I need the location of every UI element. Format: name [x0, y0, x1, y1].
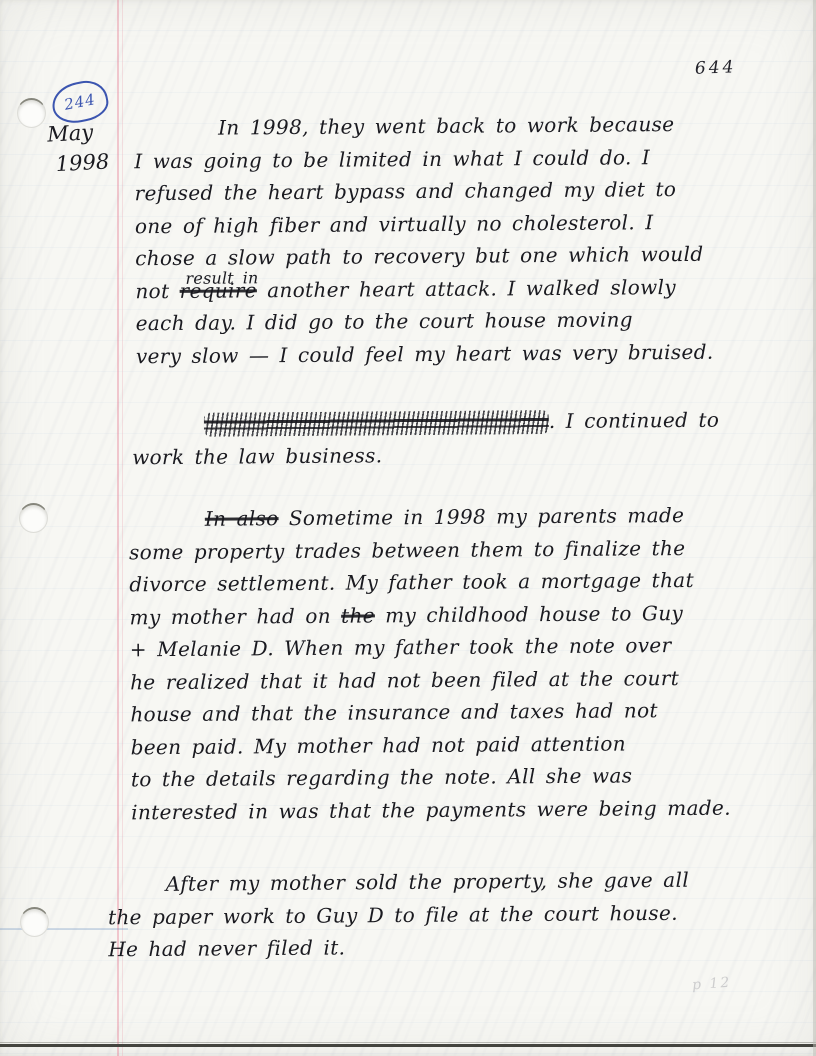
handwritten-line: In 1998, they went back to work because [134, 108, 712, 145]
text-segment: . I continued to [549, 408, 720, 433]
faint-pencil-mark: p 12 [691, 975, 731, 994]
text-segment: the paper work to Guy D to file at the c… [108, 900, 678, 928]
text-segment: interested in was that the payments were… [131, 795, 731, 824]
handwritten-line: In also Sometime in 1998 my parents made [129, 499, 729, 536]
handwritten-line: the paper work to Guy D to file at the c… [108, 896, 690, 933]
text-segment: another heart attack. I walked slowly [257, 275, 676, 302]
text-segment: one of high fiber and virtually no chole… [135, 210, 654, 238]
text-segment: to the details regarding the note. All s… [131, 763, 633, 791]
handwritten-line: house and that the insurance and taxes h… [130, 694, 730, 731]
text-segment: not [135, 278, 179, 302]
handwritten-line: some property trades between them to fin… [129, 531, 729, 568]
handwritten-line: [scribbled out – illegible]. I continued… [132, 404, 720, 441]
handwritten-line: he realized that it had not been filed a… [130, 661, 730, 698]
handwritten-line: He had never filed it. [108, 929, 690, 966]
paragraph: After my mother sold the property, she g… [108, 864, 690, 966]
text-segment: After my mother sold the property, she g… [166, 868, 689, 896]
text-segment: very slow — I could feel my heart was ve… [136, 339, 714, 368]
scan-edge-shadow [0, 1042, 816, 1043]
handwritten-line: been paid. My mother had not paid attent… [131, 726, 731, 763]
struck-text-with-insertion: requireresult in [180, 278, 258, 303]
struck-through-text: the [341, 603, 375, 627]
text-segment: been paid. My mother had not paid attent… [131, 731, 627, 759]
scribbled-out-text: [scribbled out – illegible] [204, 410, 549, 437]
text-segment: In 1998, they went back to work because [218, 112, 675, 140]
handwritten-line: I was going to be limited in what I coul… [134, 140, 712, 177]
text-segment: He had never filed it. [108, 935, 345, 961]
text-segment: my childhood house to Guy [375, 601, 683, 627]
handwritten-line: very slow — I could feel my heart was ve… [136, 335, 714, 372]
handwriting-area: In 1998, they went back to work becauseI… [0, 0, 816, 1056]
scan-edge-line [0, 1044, 816, 1047]
handwritten-line: each day. I did go to the court house mo… [136, 303, 714, 340]
handwritten-line: + Melanie D. When my father took the not… [130, 629, 730, 666]
text-segment: my mother had on [130, 603, 342, 629]
paragraph: In also Sometime in 1998 my parents made… [129, 499, 731, 829]
text-segment: Sometime in 1998 my parents made [278, 503, 684, 530]
paragraph: [scribbled out – illegible]. I continued… [132, 404, 720, 474]
text-segment: divorce settlement. My father took a mor… [129, 568, 694, 596]
scanned-notebook-page: 244 May 1998 644 In 1998, they went back… [0, 0, 816, 1056]
text-segment: some property trades between them to fin… [129, 535, 685, 563]
handwritten-line: divorce settlement. My father took a mor… [129, 564, 729, 601]
struck-through-text: In also [205, 506, 279, 531]
handwritten-line: work the law business. [132, 436, 720, 473]
text-segment: refused the heart bypass and changed my … [135, 177, 677, 205]
handwritten-line: not requireresult in another heart attac… [135, 270, 713, 307]
handwritten-line: refused the heart bypass and changed my … [134, 173, 712, 210]
text-segment: each day. I did go to the court house mo… [136, 307, 633, 335]
handwritten-line: to the details regarding the note. All s… [131, 759, 731, 796]
paragraph: In 1998, they went back to work becauseI… [134, 108, 714, 373]
text-segment: + Melanie D. When my father took the not… [130, 633, 672, 661]
text-segment: he realized that it had not been filed a… [130, 666, 679, 694]
handwritten-line: After my mother sold the property, she g… [108, 864, 690, 901]
text-segment: I was going to be limited in what I coul… [134, 145, 650, 173]
handwritten-line: interested in was that the payments were… [131, 791, 731, 828]
text-segment: work the law business. [132, 443, 382, 469]
handwritten-line: one of high fiber and virtually no chole… [135, 205, 713, 242]
text-segment: house and that the insurance and taxes h… [130, 698, 658, 726]
handwritten-line: my mother had on the my childhood house … [129, 596, 729, 633]
inserted-text-above: result in [185, 262, 258, 295]
